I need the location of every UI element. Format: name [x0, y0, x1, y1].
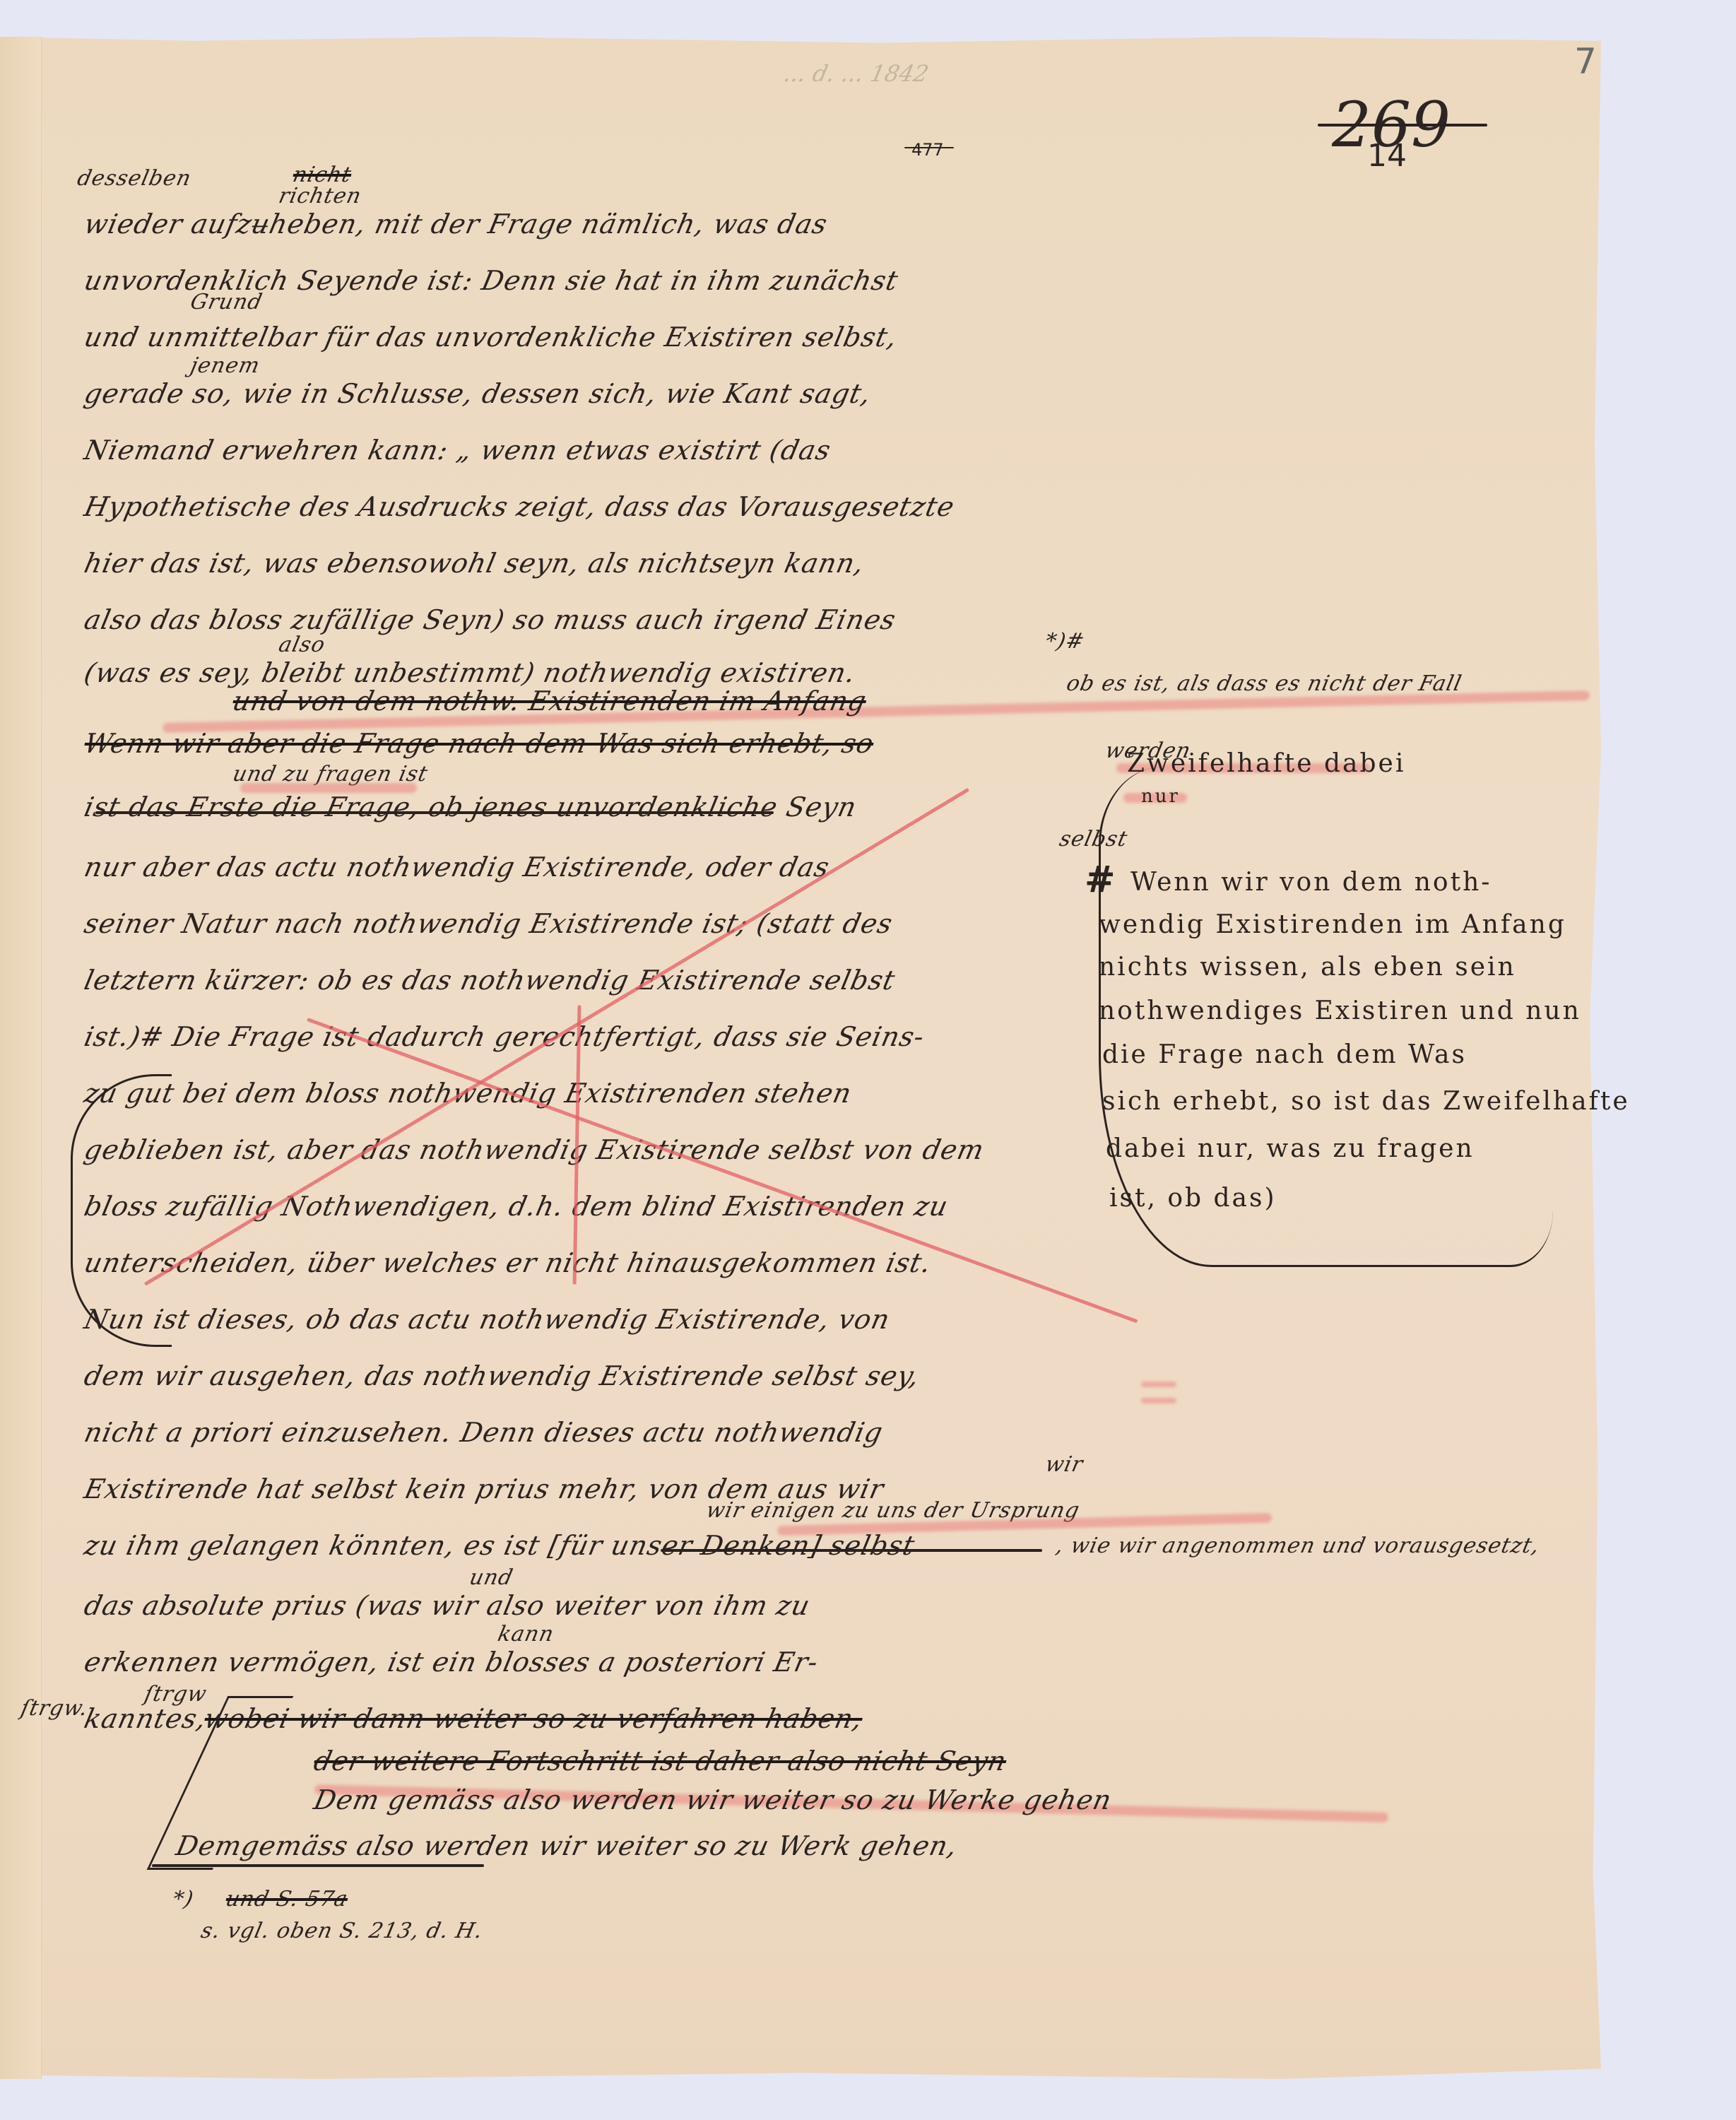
margin-note-line: nichts wissen, als eben sein [1099, 953, 1516, 982]
body-line-31: Dem gemäss also werden wir weiter so zu … [311, 1784, 1114, 1815]
body-line-11-struck: Wenn wir aber die Frage nach dem Was sic… [81, 728, 877, 759]
body-line-16: ist.)# Die Frage ist dadurch gerechtfert… [81, 1021, 927, 1052]
body-line-13: nur aber das actu nothwendig Existirende… [81, 852, 832, 883]
insertion: jenem [188, 353, 262, 378]
body-line-17: zu gut bei dem bloss nothwendig Existire… [81, 1078, 854, 1109]
insertion: also [276, 632, 327, 657]
struck-top-mark: 477 [911, 140, 944, 160]
body-line-4: gerade so, wie in Schlusse, dessen sich,… [81, 378, 874, 409]
margin-note-header-sub: nur [1141, 786, 1180, 807]
body-line-25: zu ihm gelangen könnten, es ist [für uns… [81, 1530, 918, 1561]
body-line-21: Nun ist dieses, ob das actu nothwendig E… [81, 1304, 892, 1335]
binding-strip [0, 37, 42, 2079]
body-line-6: Hypothetische des Ausdrucks zeigt, dass … [81, 491, 957, 522]
body-line-1: wieder aufzu̶heben, mit der Frage nämlic… [81, 208, 830, 240]
margin-note-line: sich erhebt, so ist das Zweifelhafte [1102, 1087, 1630, 1116]
page-number: 14 [1367, 138, 1407, 174]
body-line-27: erkennen vermögen, ist ein blosses a pos… [81, 1647, 821, 1678]
insertion: wir [1043, 1452, 1085, 1477]
margin-note-line: nothwendiges Existiren und nun [1099, 996, 1581, 1025]
margin-note-line: dabei nur, was zu fragen [1106, 1134, 1475, 1163]
body-line-5: Niemand erwehren kann: „ wenn etwas exis… [81, 435, 834, 466]
strike-line [661, 1549, 1042, 1552]
insertion: und [467, 1565, 515, 1590]
body-line-12: ist das Erste die Frage, ob jenes unvord… [81, 791, 859, 823]
pencil-folio-number: 7 [1574, 41, 1597, 82]
bleed-through-header: ... d. ... 1842 [781, 60, 931, 87]
body-line-26: das absolute prius (was wir also weiter … [81, 1590, 813, 1621]
footnote-text: s. vgl. oben S. 213, d. H. [199, 1919, 485, 1943]
top-mark-strike [904, 147, 954, 148]
hash-marker: # [1085, 859, 1118, 901]
body-line-15: letztern kürzer: ob es das nothwendig Ex… [81, 965, 898, 996]
underline-rule [152, 1864, 484, 1867]
body-line-10-struck: und von dem nothw. Existirenden im Anfan… [230, 685, 869, 717]
body-line-8: also das bloss zufällige Seyn) so muss a… [81, 604, 899, 635]
margin-note-line: ist, ob das) [1109, 1184, 1277, 1213]
red-equals-mark [1141, 1398, 1176, 1403]
folio-strike [1318, 124, 1487, 126]
body-line-22: dem wir ausgehen, das nothwendig Existir… [81, 1360, 922, 1391]
body-line-32: Demgemäss also werden wir weiter so zu W… [173, 1830, 960, 1861]
body-line-29-struck: wobei wir dann weiter so zu verfahren ha… [201, 1703, 866, 1734]
body-line-18: geblieben ist, aber das nothwendig Exist… [81, 1134, 987, 1165]
body-line-20: unterscheiden, über welches er nicht hin… [81, 1247, 934, 1278]
footnote-mark: *)# [1043, 629, 1087, 654]
insertion: richten [276, 184, 364, 208]
insertion: kann [495, 1622, 556, 1647]
strike-line [95, 811, 774, 814]
margin-note-line: die Frage nach dem Was [1102, 1040, 1467, 1069]
margin-note-top: desselben [75, 166, 194, 191]
body-line-10-continuation: ob es ist, als dass es nicht der Fall [1064, 671, 1464, 696]
body-line-9: (was es sey, bleibt unbestimmt) nothwend… [81, 657, 858, 688]
margin-note-header: Zweifelhafte dabei [1127, 749, 1405, 778]
body-line-28: kanntes, [81, 1703, 209, 1734]
body-line-14: seiner Natur nach nothwendig Existirende… [81, 908, 895, 939]
margin-note-lower: ſtrgw. [18, 1696, 90, 1721]
body-line-25-continuation: , wie wir angenommen und vorausgesetzt, [1053, 1533, 1542, 1558]
red-equals-mark [1141, 1382, 1176, 1387]
body-line-2: unvordenklich Seyende ist: Denn sie hat … [81, 265, 901, 296]
footnote-struck: und S. 57a [223, 1887, 350, 1912]
body-line-3: und unmittelbar für das unvordenkliche E… [81, 322, 900, 353]
body-line-30-struck: der weitere Fortschritt ist daher also n… [311, 1745, 1010, 1777]
margin-note-line: wendig Existirenden im Anfang [1099, 910, 1566, 939]
body-line-7: hier das ist, was ebensowohl seyn, als n… [81, 548, 867, 579]
margin-note-line: Wenn wir von dem noth- [1130, 868, 1492, 897]
body-line-23: nicht a priori einzusehen. Denn dieses a… [81, 1417, 886, 1448]
